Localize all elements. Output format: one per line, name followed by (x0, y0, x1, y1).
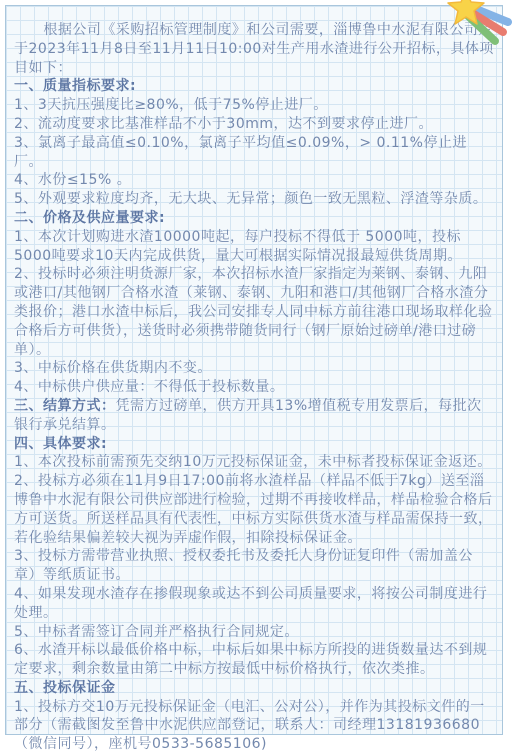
section-specific-requirements: 四、具体要求: 1、本次投标前需预先交纳10万元投标保证金，未中标者投标保证金返… (14, 435, 494, 679)
section-item: 1、本次投标前需预先交纳10万元投标保证金，未中标者投标保证金返还。 (14, 453, 494, 472)
section-heading: 二、价格及供应量要求: (14, 209, 494, 228)
section-paragraph: 三、结算方式：凭需方过磅单，供方开具13%增值税专用发票后，每批次银行承兑结算。 (14, 397, 494, 435)
section-item: 1、投标方交10万元投标保证金（电汇、公对公），并作为其投标文件的一部分（需截图… (14, 698, 494, 726)
section-item: 4、如果发现水渣存在掺假现象或达不到公司质量要求，将按公司制度进行处理。 (14, 585, 494, 623)
section-item: 5、外观要求粒度均齐，无大块、无异常；颜色一致无黑粒、浮渣等杂质。 (14, 190, 494, 209)
section-item: 3、中标价格在供货期内不变。 (14, 359, 494, 378)
section-item: 5、中标者需签订合同并严格执行合同规定。 (14, 623, 494, 642)
section-item: 1、3天抗压强度比≥80%，低于75%停止进厂。 (14, 96, 494, 115)
notice-body: 根据公司《采购招标管理制度》和公司需要，淄博鲁中水泥有限公司定于2023年11月… (14, 21, 494, 726)
section-item: 4、中标供户供应量：不得低于投标数量。 (14, 378, 494, 397)
section-item: 3、氯离子最高值≤0.10%，氯离子平均值≤0.09%，> 0.11%停止进厂。 (14, 134, 494, 172)
section-item: 2、投标时必须注明货源厂家，本次招标水渣厂家指定为莱钢、泰钢、九阳或港口/其他钢… (14, 265, 494, 359)
section-bid-deposit: 五、投标保证金 1、投标方交10万元投标保证金（电汇、公对公），并作为其投标文件… (14, 679, 494, 726)
section-heading: 四、具体要求: (14, 435, 494, 454)
section-item: 2、投标方必须在11月9日17:00前将水渣样品（样品不低于7kg）送至淄博鲁中… (14, 472, 494, 547)
section-heading: 五、投标保证金 (14, 679, 494, 698)
section-item: 1、本次计划购进水渣10000吨起，每户投标不得低于 5000吨，投标5000吨… (14, 228, 494, 266)
notice-paper: 根据公司《采购招标管理制度》和公司需要，淄博鲁中水泥有限公司定于2023年11月… (5, 5, 503, 726)
section-item: 6、水渣开标以最低价格中标，中标后如果中标方所投的进货数量达不到规定要求，剩余数… (14, 641, 494, 679)
section-item: 2、流动度要求比基准样品不小于30mm，达不到要求停止进厂。 (14, 115, 494, 134)
section-item: 4、水份≤15% 。 (14, 171, 494, 190)
shooting-star-icon (444, 0, 513, 52)
section-item: 3、投标方需带营业执照、授权委托书及委托人身份证复印件（需加盖公章）等纸质证书。 (14, 547, 494, 585)
section-heading: 三、结算方式： (14, 398, 116, 414)
section-heading: 一、质量指标要求: (14, 77, 494, 96)
section-quality-requirements: 一、质量指标要求: 1、3天抗压强度比≥80%，低于75%停止进厂。 2、流动度… (14, 77, 494, 209)
section-settlement: 三、结算方式：凭需方过磅单，供方开具13%增值税专用发票后，每批次银行承兑结算。 (14, 397, 494, 435)
section-price-supply: 二、价格及供应量要求: 1、本次计划购进水渣10000吨起，每户投标不得低于 5… (14, 209, 494, 397)
intro-paragraph: 根据公司《采购招标管理制度》和公司需要，淄博鲁中水泥有限公司定于2023年11月… (14, 21, 494, 77)
